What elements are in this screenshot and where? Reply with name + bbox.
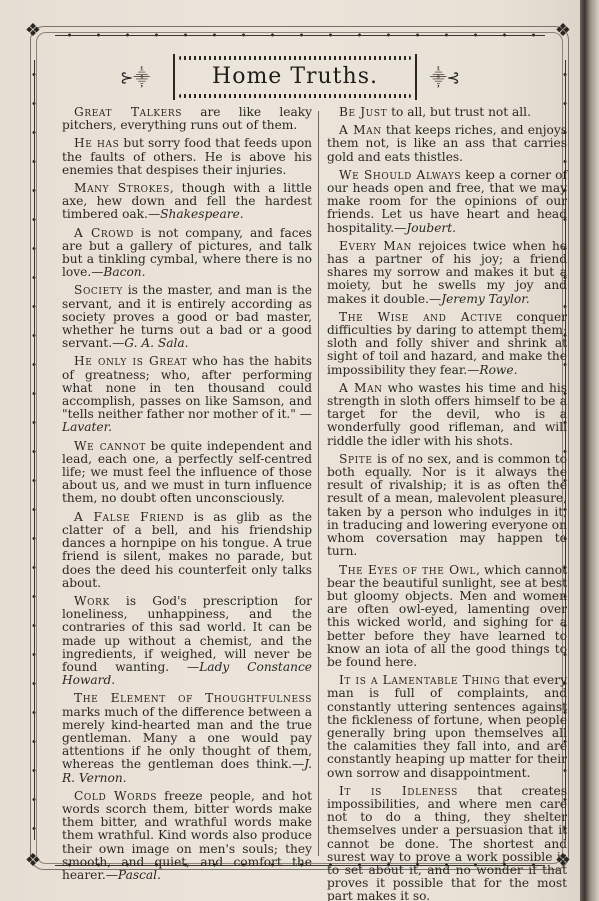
quote-lead: The Element of Thoughtfulness <box>74 691 312 705</box>
quote-text: to all, but trust not all. <box>387 105 531 119</box>
right-column: Be Just to all, but trust not all.A Man … <box>327 106 567 901</box>
quote-entry: The Wise and Active conquer difficulties… <box>327 311 567 377</box>
quote-entry: We cannot be quite independent and lead,… <box>62 440 312 506</box>
top-chain-rule <box>55 32 545 38</box>
quote-attribution: Jeremy Taylor. <box>441 292 529 306</box>
quote-entry: Work is God's prescription for lonelines… <box>62 595 312 687</box>
left-chain-rule <box>31 60 37 840</box>
quote-text: that every man is full of complaints, an… <box>327 673 567 779</box>
floral-corner-top-right-icon: ❖ <box>550 18 576 44</box>
quote-lead: Many Strokes <box>74 181 170 195</box>
quote-entry: A Man that keeps riches, and enjoys them… <box>327 124 567 164</box>
magazine-page: ❖ ❖ ❖ ❖ ⊱⸎ Home Truths. ⸎⊰ Great Talkers… <box>0 0 585 901</box>
title-banner: Home Truths. <box>173 54 417 100</box>
page-title: Home Truths. <box>175 64 415 89</box>
quote-lead: We Should Always <box>339 168 461 182</box>
quote-text: is of no sex, and is common to both equa… <box>327 452 567 558</box>
quote-text: marks much of the difference between a m… <box>62 705 312 772</box>
quote-lead: A Man <box>339 123 382 137</box>
quote-lead: A False Friend <box>74 510 184 524</box>
quote-entry: Cold Words freeze people, and hot words … <box>62 790 312 882</box>
quote-lead: Cold Words <box>74 789 157 803</box>
quote-entry: A Man who wastes his time and his streng… <box>327 382 567 448</box>
quote-entry: A False Friend is as glib as the clatter… <box>62 511 312 590</box>
quote-text: that creates impossibilities, and where … <box>327 784 567 901</box>
quote-lead: Every Man <box>339 239 412 253</box>
quote-entry: We Should Always keep a corner of our he… <box>327 169 567 235</box>
floral-corner-top-left-icon: ❖ <box>20 18 46 44</box>
quote-entry: Many Strokes, though with a little axe, … <box>62 182 312 222</box>
quote-attribution: Shakespeare. <box>160 207 244 221</box>
left-column: Great Talkers are like leaky pitchers, e… <box>62 106 312 887</box>
quote-entry: The Element of Thoughtfulness marks much… <box>62 692 312 784</box>
quote-lead: Spite <box>339 452 373 466</box>
quote-attribution: Lavater. <box>62 420 112 434</box>
quote-attribution: Pascal. <box>118 868 161 882</box>
quote-entry: He has but sorry food that feeds upon th… <box>62 137 312 177</box>
quote-attribution: G. A. Sala. <box>124 336 188 350</box>
column-divider <box>318 111 319 856</box>
quote-lead: The Eyes of the Owl <box>339 563 476 577</box>
scroll-flourish-left-icon: ⊱⸎ <box>120 66 150 88</box>
quote-text: freeze people, and hot words scorch them… <box>62 789 312 882</box>
quote-entry: Every Man rejoices twice when he has a p… <box>327 240 567 306</box>
quote-entry: Spite is of no sex, and is common to bot… <box>327 453 567 559</box>
quote-entry: Great Talkers are like leaky pitchers, e… <box>62 106 312 132</box>
quote-attribution: Bacon. <box>103 265 145 279</box>
quote-entry: Be Just to all, but trust not all. <box>327 106 567 119</box>
quote-entry: A Crowd is not company, and faces are bu… <box>62 227 312 280</box>
quote-lead: He only is Great <box>74 354 187 368</box>
quote-attribution: Rowe. <box>479 363 517 377</box>
quote-attribution: Joubert. <box>406 221 456 235</box>
quote-lead: It is a Lamentable Thing <box>339 673 500 687</box>
quote-lead: It is Idleness <box>339 784 458 798</box>
quote-lead: A Man <box>339 381 383 395</box>
quote-text: , which cannot bear the beautiful sunlig… <box>327 563 567 669</box>
quote-entry: The Eyes of the Owl, which cannot bear t… <box>327 564 567 670</box>
quote-lead: We cannot <box>74 439 146 453</box>
quote-lead: Be Just <box>339 105 387 119</box>
quote-lead: A Crowd <box>74 226 134 240</box>
scroll-flourish-right-icon: ⸎⊰ <box>430 66 460 88</box>
quote-entry: He only is Great who has the habits of g… <box>62 355 312 434</box>
quote-entry: Society is the master, and man is the se… <box>62 284 312 350</box>
quote-lead: He has <box>74 136 119 150</box>
quote-lead: The Wise and Active <box>339 310 503 324</box>
quote-entry: It is Idleness that creates impossibilit… <box>327 785 567 901</box>
floral-corner-bottom-left-icon: ❖ <box>20 848 46 874</box>
quote-lead: Great Talkers <box>74 105 182 119</box>
quote-lead: Society <box>74 283 123 297</box>
quote-lead: Work <box>74 594 110 608</box>
quote-entry: It is a Lamentable Thing that every man … <box>327 674 567 780</box>
book-spine-shadow <box>580 0 599 901</box>
